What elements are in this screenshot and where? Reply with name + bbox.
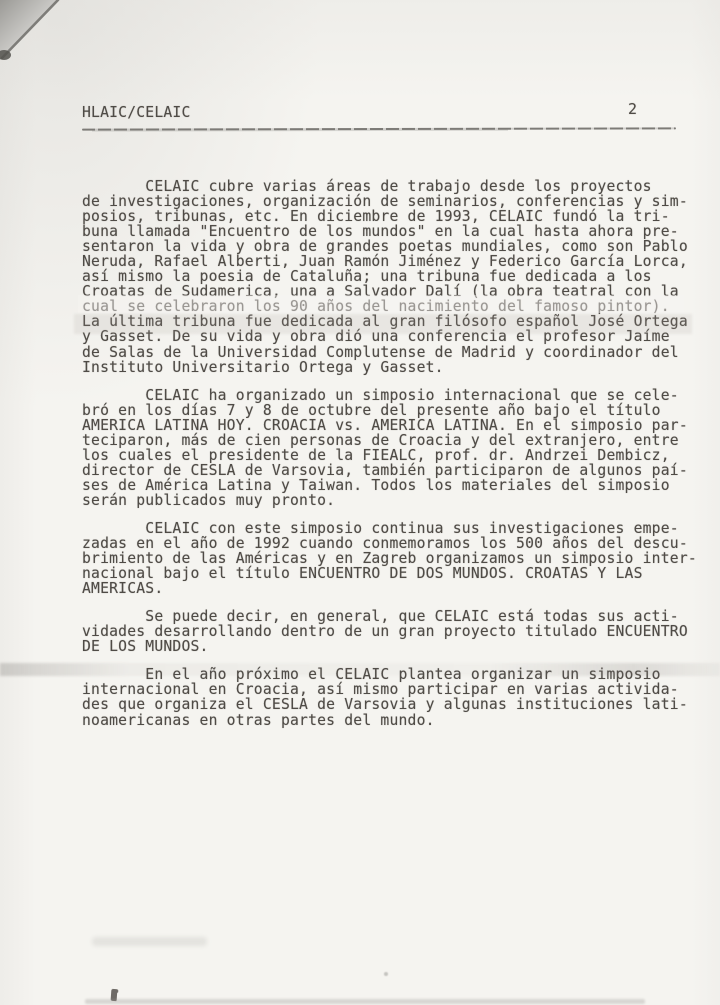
header-underline-rule	[82, 127, 676, 130]
page-number: 2	[628, 100, 637, 118]
bottom-edge-shadow	[85, 999, 645, 1004]
ink-mark-artifact	[111, 989, 118, 1001]
paragraph-investigaciones-1992: CELAIC con este simposio continua sus in…	[82, 521, 720, 596]
document-body: CELAIC cubre varias áreas de trabajo des…	[82, 179, 720, 741]
paragraph-ano-proximo: En el año próximo el CELAIC plantea orga…	[82, 667, 720, 727]
page-corner-fold-artifact	[0, 0, 80, 80]
paragraph-simposio-octubre: CELAIC ha organizado un simposio interna…	[82, 388, 720, 508]
scan-speck	[384, 972, 388, 976]
scan-ghost-smudge	[92, 937, 207, 946]
paragraph-activities-tribuna: CELAIC cubre varias áreas de trabajo des…	[82, 179, 720, 375]
scanned-page: HLAIC/CELAIC 2 CELAIC cubre varias áreas…	[0, 0, 720, 1005]
document-reference: HLAIC/CELAIC	[82, 104, 191, 121]
paragraph-proyecto-encuentro: Se puede decir, en general, que CELAIC e…	[82, 609, 720, 654]
